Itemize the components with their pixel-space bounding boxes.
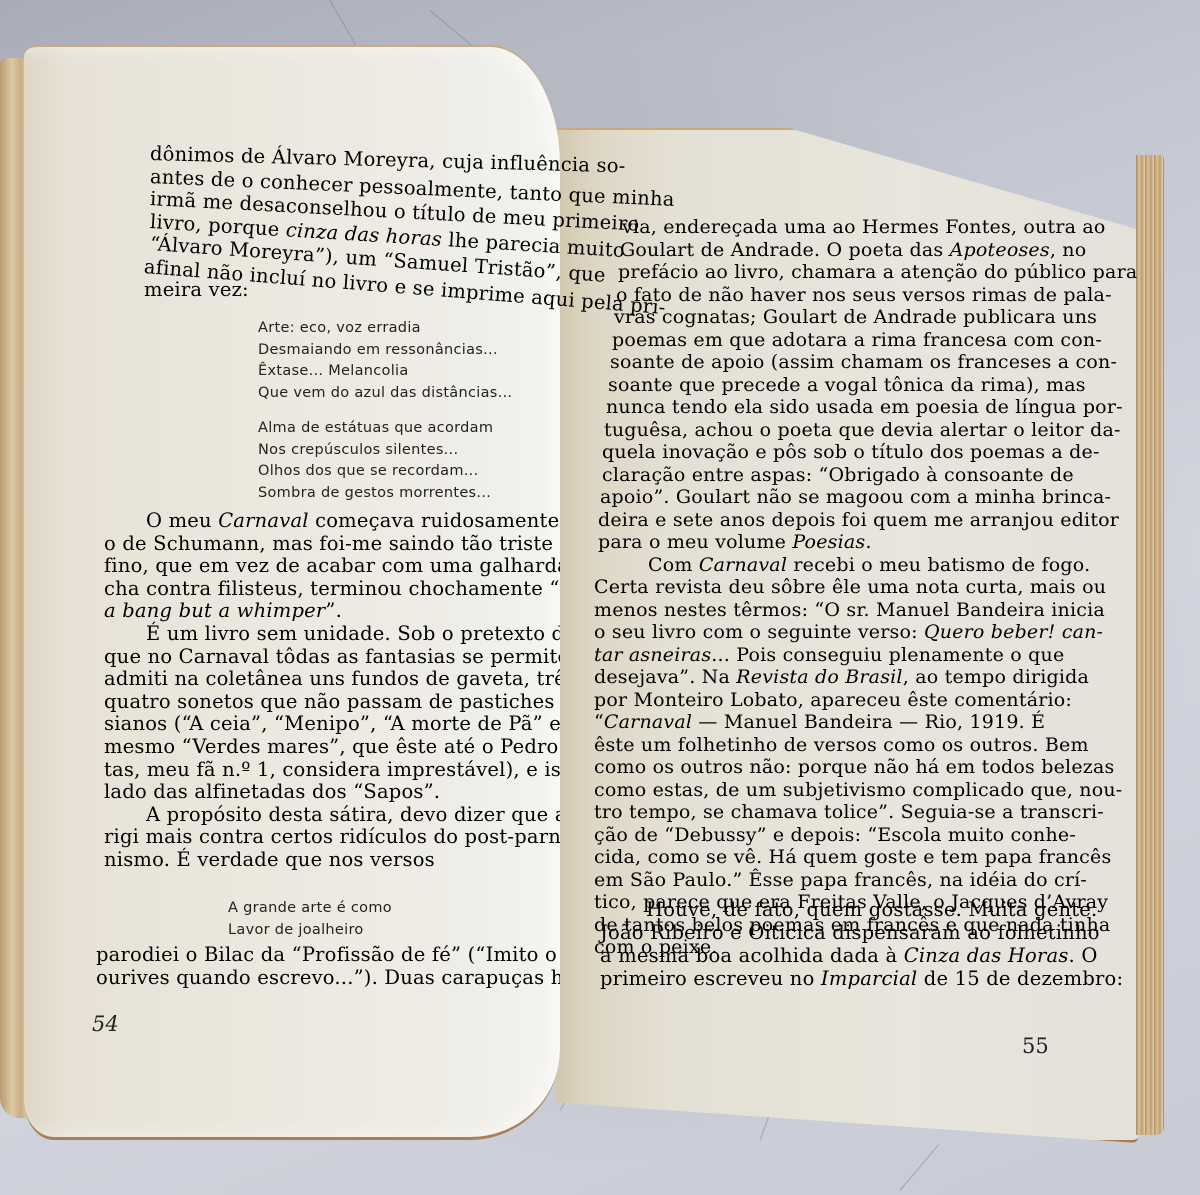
text-line: êste um folhetinho de versos como os out…	[592, 734, 1137, 757]
text-line: que no Carnaval tôdas as fantasias se pe…	[104, 646, 560, 669]
text-line: em São Paulo.” Êsse papa francês, na idé…	[592, 869, 1137, 892]
right-page-paragraph-3: Houve, de fato, quem gostasse. Muita gen…	[600, 898, 1123, 990]
text-line: Certa revista deu sôbre êle uma nota cur…	[592, 576, 1137, 599]
poem-samuel-tristao: Arte: eco, voz erradia Desmaiando em res…	[258, 318, 512, 504]
text-line: como os outros não: porque não há em tod…	[592, 756, 1137, 779]
poem-line: Lavor de joalheiro	[228, 920, 392, 942]
text-line: cha contra filisteus, terminou chochamen…	[104, 578, 560, 601]
text-line: o de Schumann, mas foi-me saindo tão tri…	[104, 533, 560, 556]
text-line: Houve, de fato, quem gostasse. Muita gen…	[600, 898, 1123, 921]
left-page-paragraph-1: dônimos de Álvaro Moreyra, cuja influênc…	[150, 143, 560, 301]
poem-line: Que vem do azul das distâncias...	[258, 383, 512, 405]
left-page-paragraphs-2-4: O meu Carnaval começava ruidosamente, co…	[104, 510, 560, 872]
text-line: ção de “Debussy” e depois: “Escola muito…	[592, 824, 1137, 847]
text-line: cida, como se vê. Há quem goste e tem pa…	[592, 846, 1137, 869]
text-line: vras cognatas; Goulart de Andrade public…	[592, 306, 1137, 329]
text-line: soante que precede a vogal tônica da rim…	[592, 374, 1137, 397]
text-line: admiti na coletânea uns fundos de gaveta…	[104, 668, 560, 691]
poem-line: A grande arte é como	[228, 898, 392, 920]
text-line: mesmo “Verdes mares”, que êste até o Ped…	[104, 736, 560, 759]
text-line: desejava”. Na Revista do Brasil, ao temp…	[592, 666, 1137, 689]
text-line: tas, meu fã n.º 1, considera imprestável…	[104, 759, 560, 782]
text-line: tro tempo, se chamava tolice”. Seguia-se…	[592, 801, 1137, 824]
text-line: rigi mais contra certos ridículos do pos…	[104, 826, 560, 849]
text-line: apoio”. Goulart não se magoou com a minh…	[592, 486, 1137, 509]
text-line: quatro sonetos que não passam de pastich…	[104, 691, 560, 714]
text-line: o seu livro com o seguinte verso: Quero …	[592, 621, 1137, 644]
text-line: Goulart de Andrade. O poeta das Apoteose…	[592, 239, 1137, 262]
text-line: “Carnaval — Manuel Bandeira — Rio, 1919.…	[592, 711, 1137, 734]
left-page-paragraph-5: parodiei o Bilac da “Profissão de fé” (“…	[96, 944, 560, 989]
text-line: É um livro sem unidade. Sob o pretexto d…	[104, 623, 560, 646]
text-line: A propósito desta sátira, devo dizer que…	[104, 804, 560, 827]
text-line: deira e sete anos depois foi quem me arr…	[592, 509, 1137, 532]
text-line: como estas, de um subjetivismo complicad…	[592, 779, 1137, 802]
text-line: via, endereçada uma ao Hermes Fontes, ou…	[592, 216, 1137, 239]
text-line: O meu Carnaval começava ruidosamente, co…	[104, 510, 560, 533]
poem-line: Sombra de gestos morrentes...	[258, 483, 512, 505]
text-line: nunca tendo ela sido usada em poesia de …	[592, 396, 1137, 419]
page-number-right: 55	[1022, 1034, 1049, 1058]
text-line: tuguêsa, achou o poeta que devia alertar…	[592, 419, 1137, 442]
poem-line: Êxtase... Melancolia	[258, 361, 512, 383]
text-line: para o meu volume Poesias.	[592, 531, 1137, 554]
text-line: ourives quando escrevo...”). Duas carapu…	[96, 967, 560, 990]
text-line: prefácio ao livro, chamara a atenção do …	[592, 261, 1137, 284]
poem-line: Arte: eco, voz erradia	[258, 318, 512, 340]
text-line: a mesma boa acolhida dada à Cinza das Ho…	[600, 944, 1123, 967]
page-number-left: 54	[92, 1012, 119, 1036]
text-line: parodiei o Bilac da “Profissão de fé” (“…	[96, 944, 560, 967]
poem-line: Nos crepúsculos silentes...	[258, 440, 512, 462]
book-right-page-edges	[1136, 155, 1164, 1135]
text-line: poemas em que adotara a rima francesa co…	[592, 329, 1137, 352]
text-line: lado das alfinetadas dos “Sapos”.	[104, 781, 560, 804]
text-line: primeiro escreveu no Imparcial de 15 de …	[600, 967, 1123, 990]
poem-line: Alma de estátuas que acordam	[258, 418, 512, 440]
text-line: quela inovação e pôs sob o título dos po…	[592, 441, 1137, 464]
text-line: o fato de não haver nos seus versos rima…	[592, 284, 1137, 307]
text-line: claração entre aspas: “Obrigado à consoa…	[592, 464, 1137, 487]
text-line: sianos (“A ceia”, “Menipo”, “A morte de …	[104, 713, 560, 736]
text-line: fino, que em vez de acabar com uma galha…	[104, 555, 560, 578]
text-line: nismo. É verdade que nos versos	[104, 849, 560, 872]
poem-bilac-parody: A grande arte é como Lavor de joalheiro	[228, 898, 392, 941]
text-line: menos nestes têrmos: “O sr. Manuel Bande…	[592, 599, 1137, 622]
text-line: João Ribeiro e Oiticica dispensaram ao f…	[600, 921, 1123, 944]
text-line: a bang but a whimper”.	[104, 600, 560, 623]
text-line: soante de apoio (assim chamam os frances…	[592, 351, 1137, 374]
poem-line: Desmaiando em ressonâncias...	[258, 340, 512, 362]
text-line: tar asneiras... Pois conseguiu plenament…	[592, 644, 1137, 667]
poem-line: Olhos dos que se recordam...	[258, 461, 512, 483]
text-line: por Monteiro Lobato, apareceu êste comen…	[592, 689, 1137, 712]
right-page-paragraph-1: via, endereçada uma ao Hermes Fontes, ou…	[592, 216, 1137, 959]
text-line: Com Carnaval recebi o meu batismo de fog…	[592, 554, 1137, 577]
